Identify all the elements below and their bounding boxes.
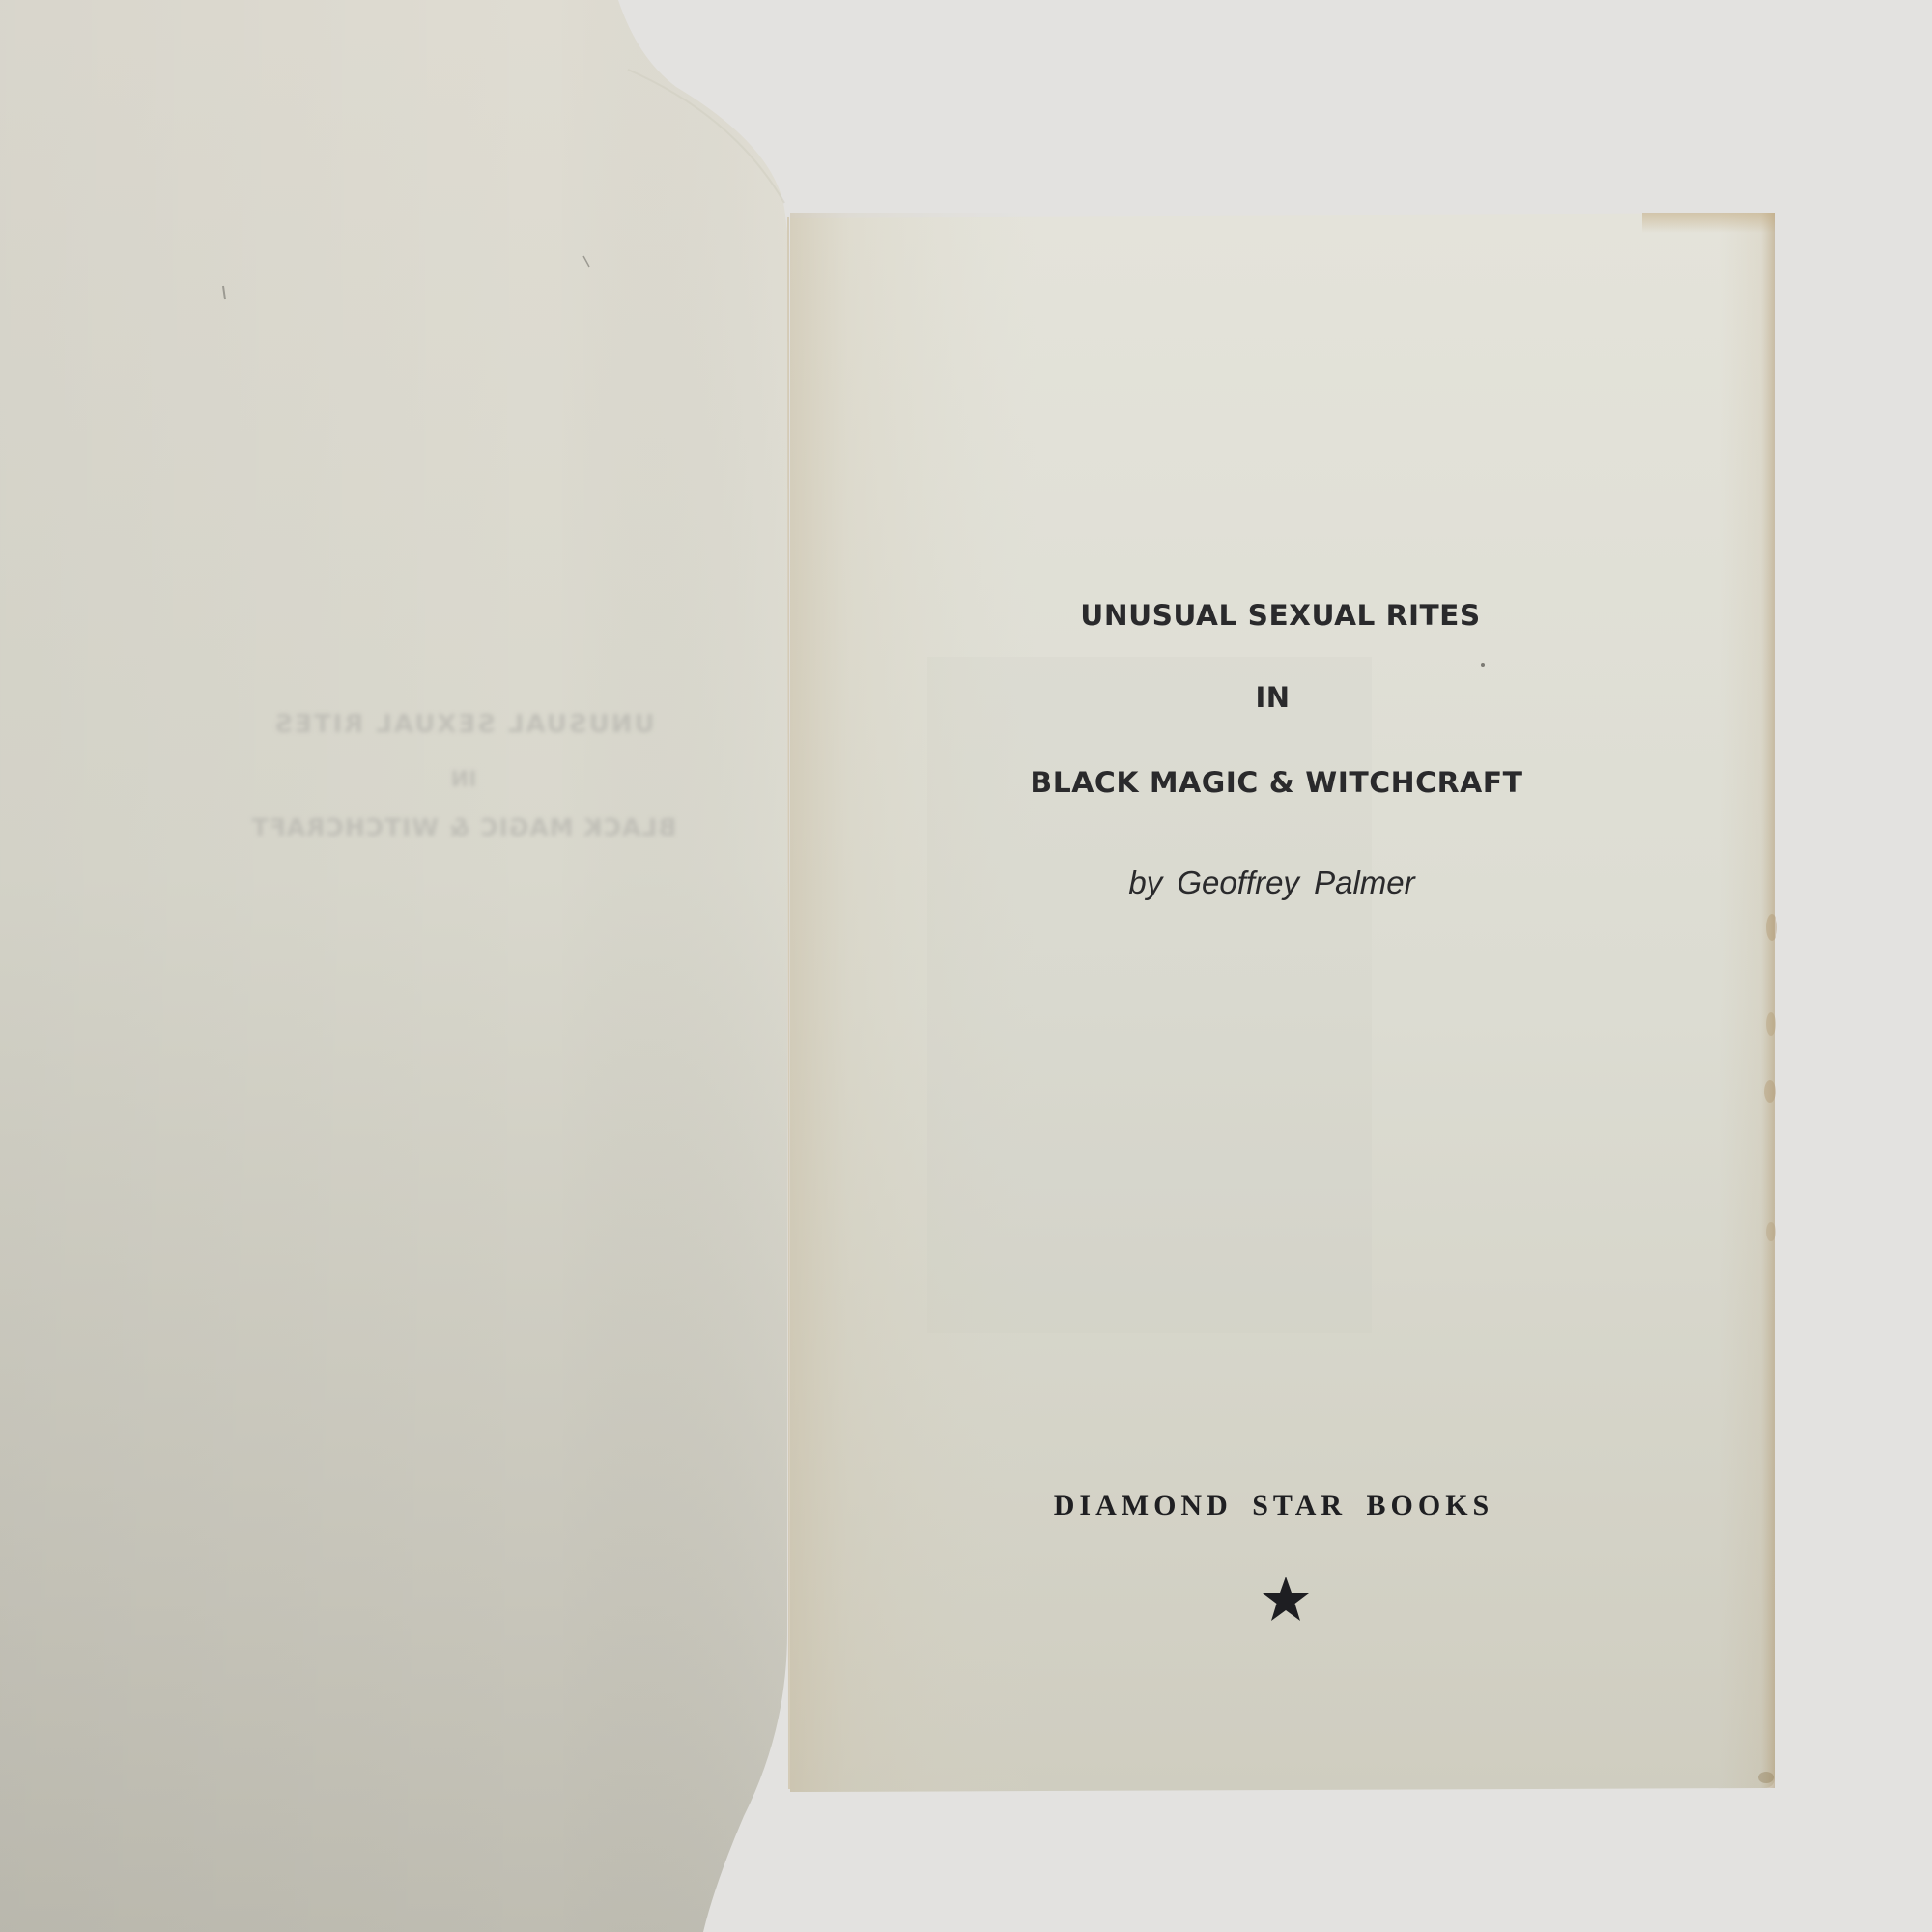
show-through-line-3: BLACK MAGIC & WITCHCRAFT	[193, 813, 734, 841]
book-title-line-2: IN	[781, 681, 1764, 714]
publisher-name: DIAMOND STAR BOOKS	[782, 1490, 1765, 1522]
book-photo: UNUSUAL SEXUAL RITES IN BLACK MAGIC & WI…	[0, 0, 1932, 1932]
title-page: UNUSUAL SEXUAL RITES IN BLACK MAGIC & WI…	[790, 217, 1773, 1787]
book-title-line-1: UNUSUAL SEXUAL RITES	[780, 599, 1781, 632]
left-page-show-through: UNUSUAL SEXUAL RITES IN BLACK MAGIC & WI…	[193, 710, 734, 841]
show-through-line-1: UNUSUAL SEXUAL RITES	[193, 710, 734, 739]
star-icon	[1261, 1575, 1311, 1625]
ink-speck	[1481, 663, 1485, 667]
book-title-line-3: BLACK MAGIC & WITCHCRAFT	[771, 766, 1783, 799]
author-byline: by Geoffrey Palmer	[781, 865, 1763, 901]
show-through-line-2: IN	[193, 768, 734, 792]
